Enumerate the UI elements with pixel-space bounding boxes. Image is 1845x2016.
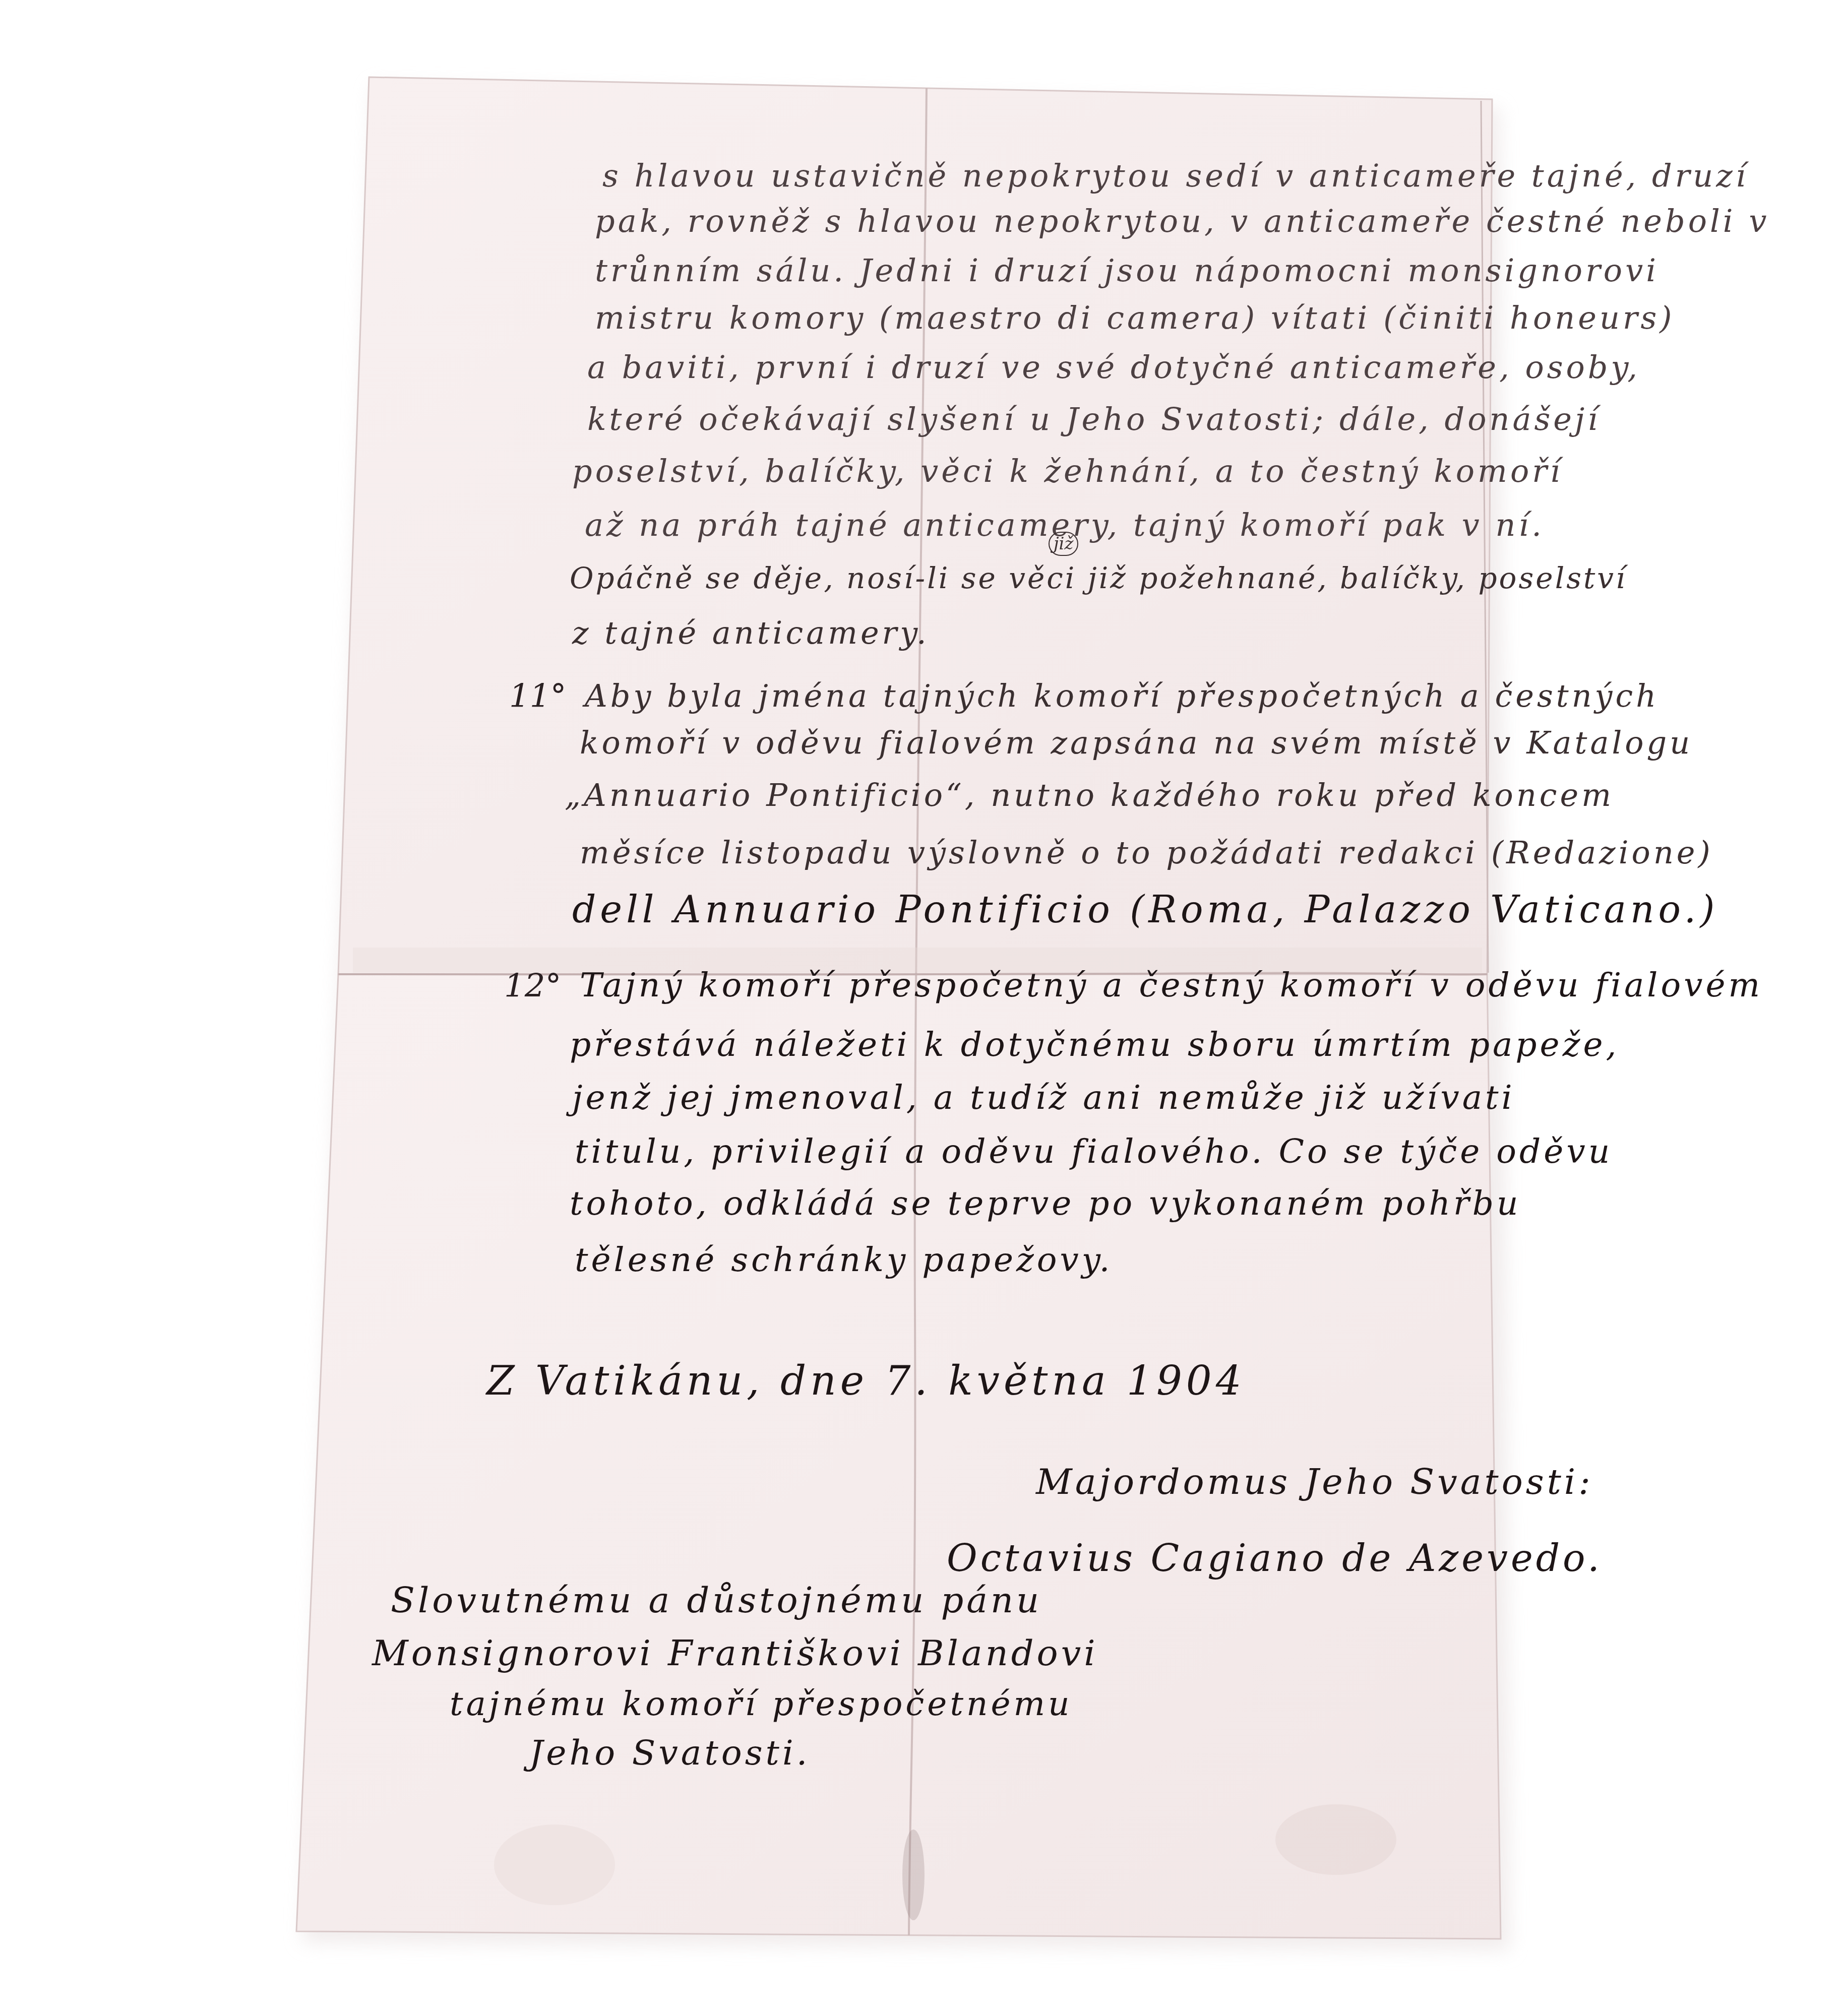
text-line: „Annuario Pontificio“, nutno každého rok… bbox=[565, 780, 1614, 811]
text-line: Aby byla jména tajných komoří přespočetn… bbox=[585, 680, 1659, 712]
text-line: poselství, balíčky, věci k žehnání, a to… bbox=[572, 456, 1563, 487]
text-line: mistru komory (maestro di camera) vítati… bbox=[595, 302, 1675, 334]
addressee-line: Jeho Svatosti. bbox=[529, 1736, 810, 1771]
text-line: přestává náležeti k dotyčnému sboru úmrt… bbox=[570, 1028, 1619, 1061]
text-line: měsíce listopadu výslovně o to požádati … bbox=[580, 837, 1713, 868]
text-line: komoří v oděvu fialovém zapsána na svém … bbox=[580, 727, 1693, 759]
signature-name: Octavius Cagiano de Azevedo. bbox=[947, 1540, 1603, 1577]
text-line: které očekávají slyšení u Jeho Svatosti;… bbox=[587, 404, 1601, 435]
paragraph-number: 12° bbox=[504, 968, 561, 1005]
text-line: titulu, privilegií a oděvu fialového. Co… bbox=[575, 1135, 1613, 1168]
addressee-line: tajnému komoří přespočetnému bbox=[450, 1687, 1073, 1721]
sheet-lower-half bbox=[296, 974, 1501, 1939]
text-line: pak, rovněž s hlavou nepokrytou, v antic… bbox=[595, 206, 1769, 237]
signature-title: Majordomus Jeho Svatosti: bbox=[1036, 1464, 1593, 1499]
text-line: trůnním sálu. Jedni i druzí jsou nápomoc… bbox=[595, 255, 1659, 286]
text-line: tohoto, odkládá se teprve po vykonaném p… bbox=[570, 1187, 1521, 1220]
text-line: jenž jej jmenoval, a tudíž ani nemůže ji… bbox=[572, 1081, 1515, 1114]
text-line: s hlavou ustavičně nepokrytou sedí v ant… bbox=[602, 160, 1749, 192]
text-line: tělesné schránky papežovy. bbox=[575, 1243, 1113, 1277]
text-line: dell Annuario Pontificio (Roma, Palazzo … bbox=[572, 891, 1718, 928]
text-line: Opáčně se děje, nosí-li se věci již pože… bbox=[570, 563, 1627, 593]
text-line: Tajný komoří přespočetný a čestný komoří… bbox=[580, 969, 1763, 1002]
text-line: z tajné anticamery. bbox=[572, 617, 930, 649]
dateline: Z Vatikánu, dne 7. května 1904 bbox=[486, 1361, 1246, 1401]
insertion-mark: již bbox=[1049, 532, 1078, 556]
addressee-line: Monsignorovi Františkovi Blandovi bbox=[372, 1635, 1098, 1671]
paragraph-number: 11° bbox=[509, 678, 566, 715]
text-line: a baviti, první i druzí ve své dotyčné a… bbox=[587, 352, 1640, 383]
addressee-line: Slovutnému a důstojnému pánu bbox=[391, 1583, 1042, 1618]
